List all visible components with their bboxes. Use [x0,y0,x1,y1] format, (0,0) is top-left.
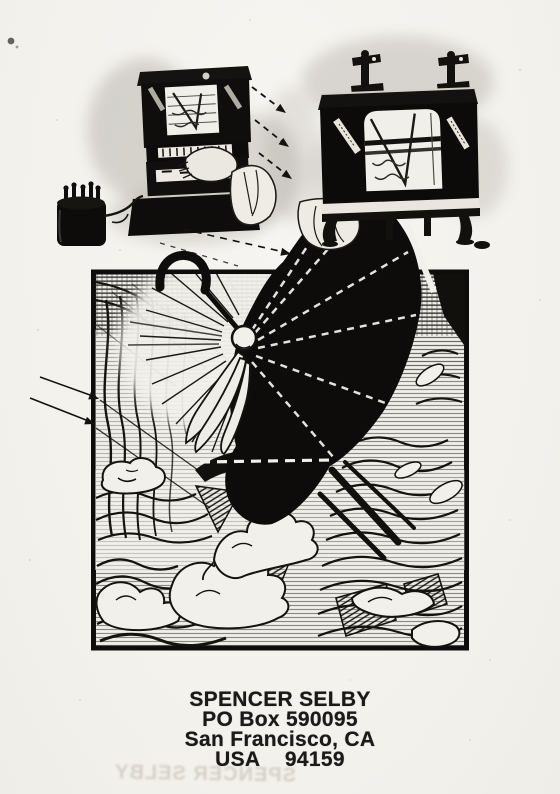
address-name: SPENCER SELBY [130,690,430,710]
address-pobox: PO Box 590095 [130,710,430,730]
umbrella-ferrule [232,326,256,350]
left-entry-arrows [30,377,99,424]
address-city: San Francisco, CA [130,730,430,750]
paper-sheets [230,166,276,225]
storm-woodcut [94,197,467,648]
receiver-window [364,109,443,192]
ghost-bleed-text: SPENCER SELBY [100,761,310,788]
scanned-page: SPENCER SELBY PO Box 590095 San Francisc… [0,0,560,794]
collage-artwork [0,0,560,794]
mailing-address: SPENCER SELBY PO Box 590095 San Francisc… [130,690,430,770]
